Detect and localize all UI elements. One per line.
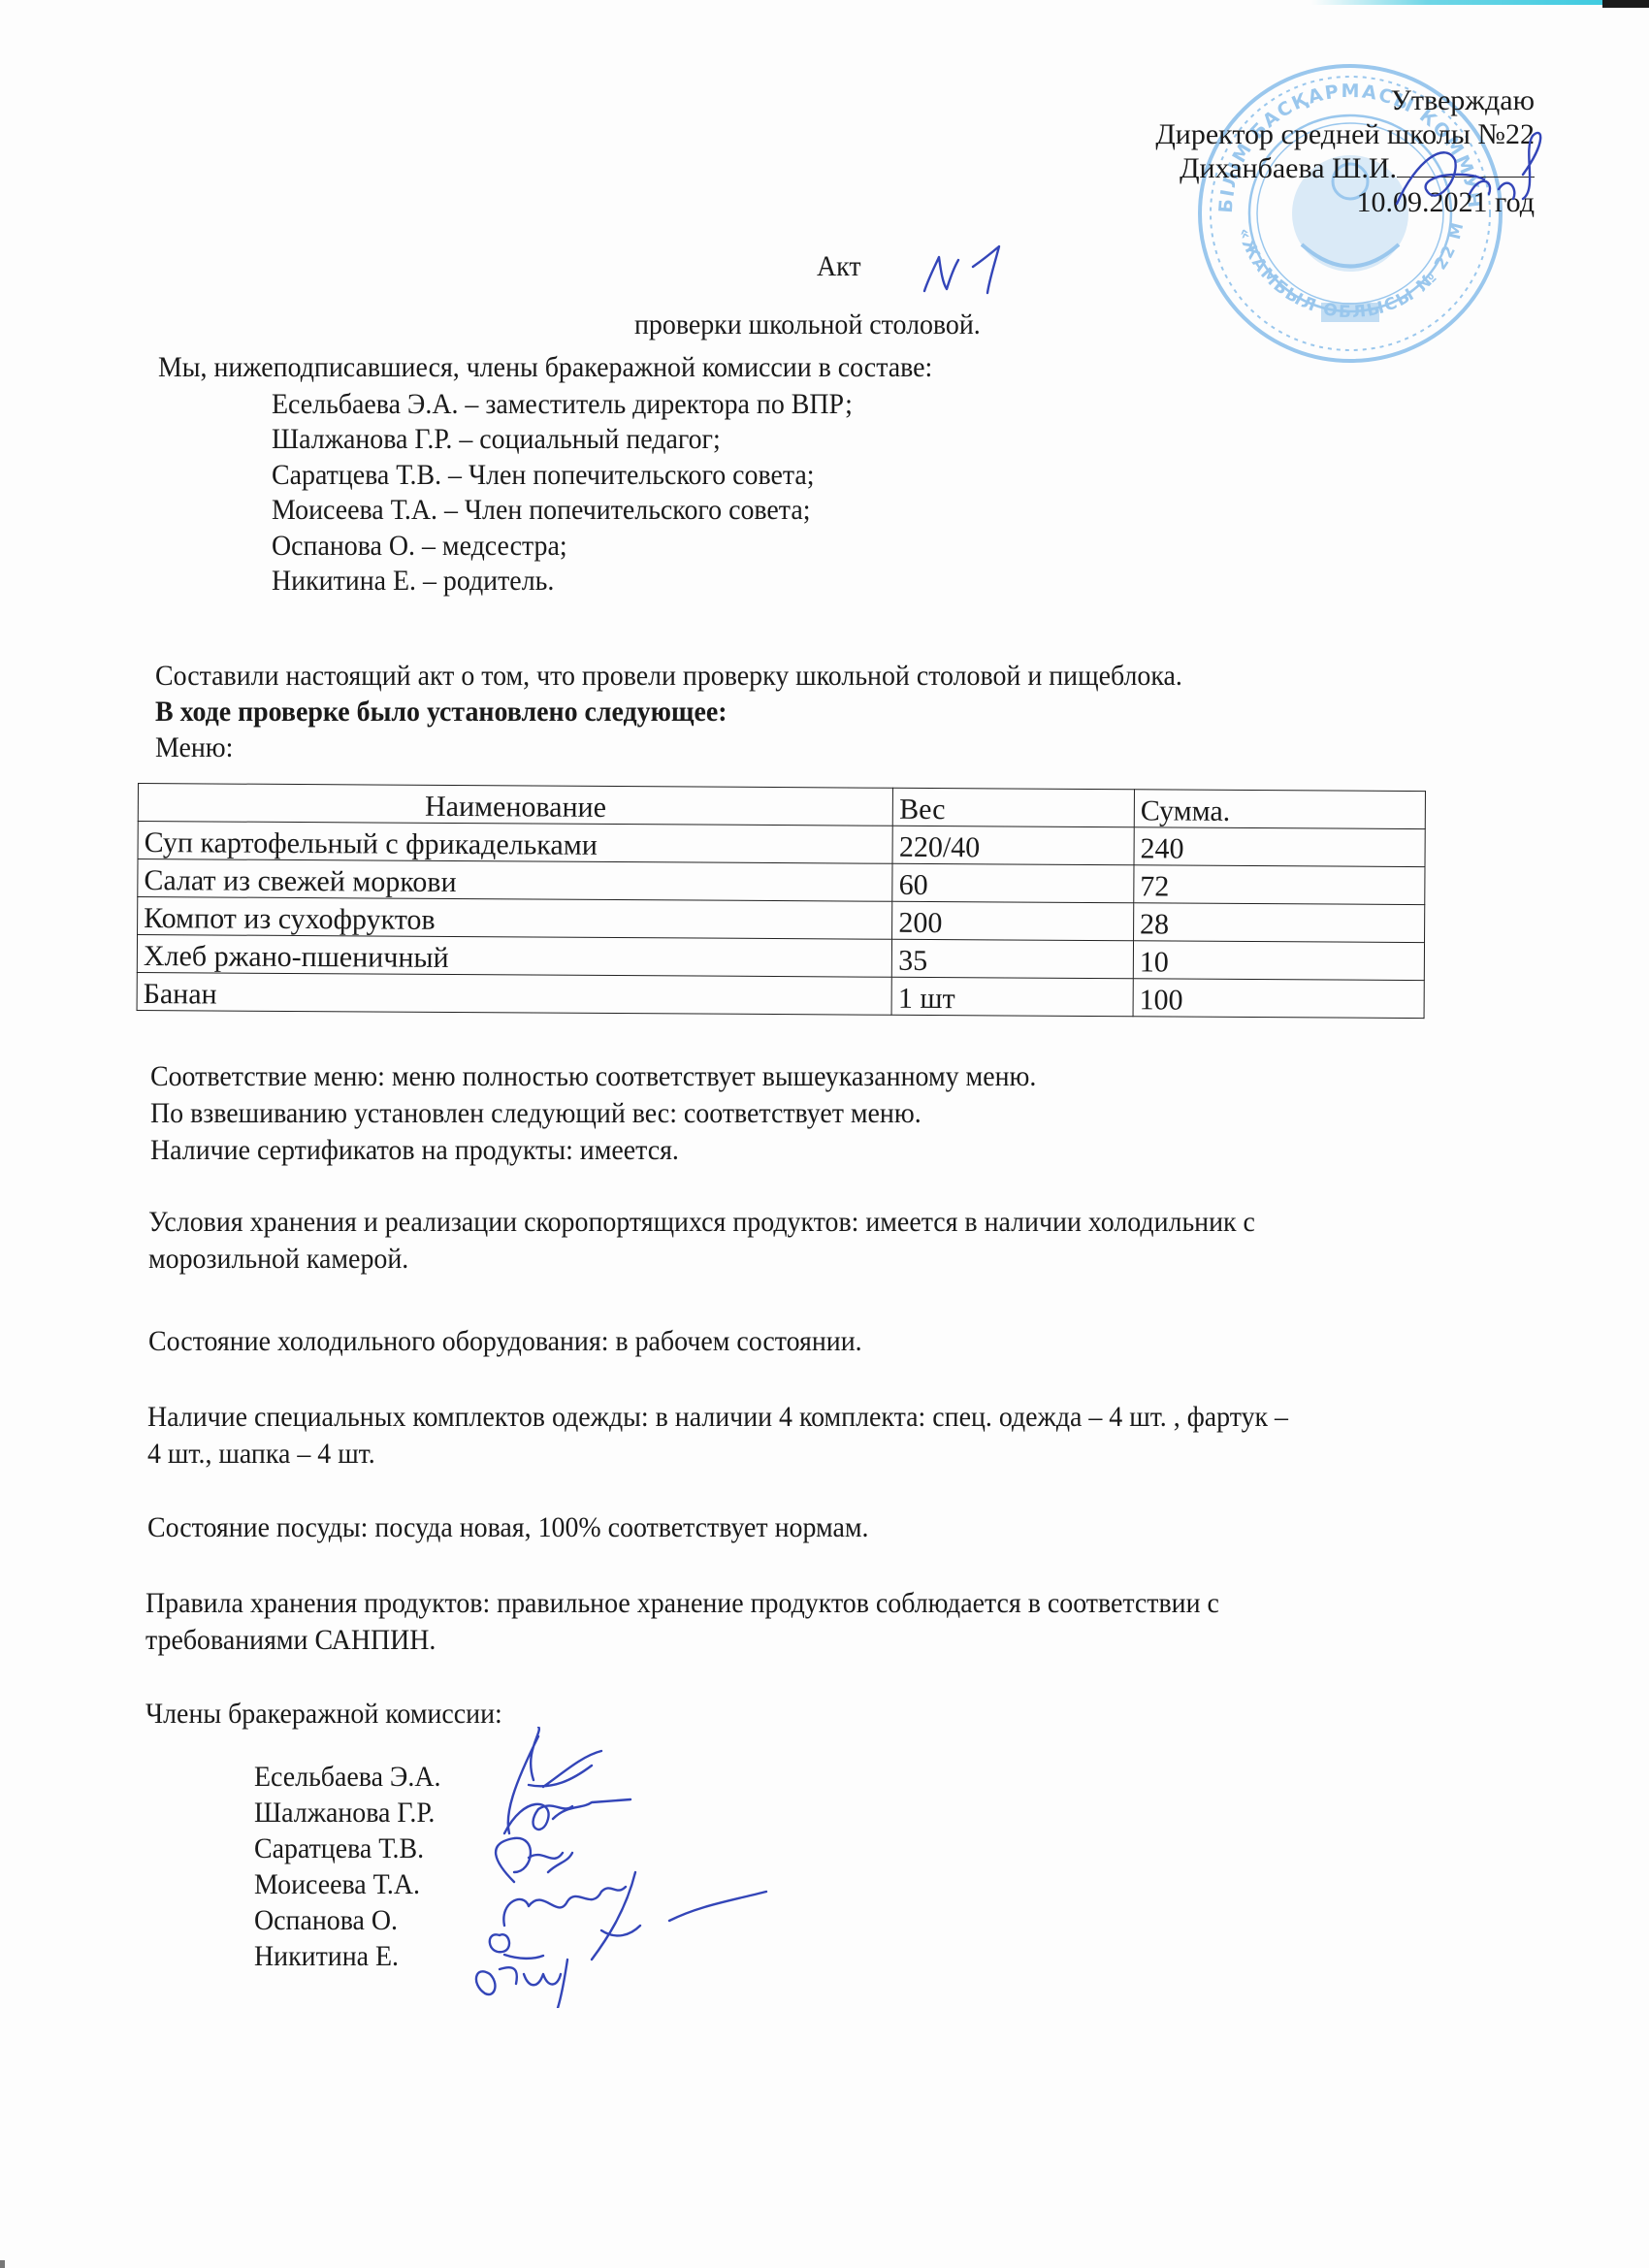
dish-weight: 220/40 bbox=[892, 826, 1134, 865]
finding-dishes: Состояние посуды: посуда новая, 100% соо… bbox=[147, 1511, 868, 1544]
dish-sum: 240 bbox=[1134, 827, 1425, 867]
finding-weighing: По взвешиванию установлен следующий вес:… bbox=[150, 1097, 921, 1130]
finding-certificates: Наличие сертификатов на продукты: имеетс… bbox=[150, 1134, 679, 1167]
column-header-sum: Сумма. bbox=[1134, 790, 1425, 829]
commission-member: Моисеева Т.А. – Член попечительского сов… bbox=[272, 494, 810, 527]
scan-corner-mark bbox=[0, 2260, 5, 2268]
dish-sum: 28 bbox=[1133, 903, 1424, 943]
dish-name: Суп картофельный с фрикадельками bbox=[138, 822, 893, 864]
dish-sum: 10 bbox=[1133, 941, 1424, 981]
dish-sum: 72 bbox=[1134, 865, 1425, 905]
dish-name: Салат из свежей моркови bbox=[138, 859, 893, 902]
approval-title: Утверждаю bbox=[1155, 83, 1535, 117]
commission-member: Саратцева Т.В. – Член попечительского со… bbox=[272, 459, 815, 492]
column-header-name: Наименование bbox=[138, 784, 893, 826]
signatory-name: Оспанова О. bbox=[254, 1904, 398, 1937]
dish-name: Компот из сухофруктов bbox=[138, 897, 893, 940]
finding-menu-match: Соответствие меню: меню полностью соотве… bbox=[150, 1060, 1036, 1093]
scan-color-strip bbox=[1311, 0, 1602, 5]
approval-signer-name: Диханбаева Ш.И. bbox=[1180, 152, 1397, 184]
commission-member: Есельбаева Э.А. – заместитель директора … bbox=[272, 388, 853, 421]
scan-dark-corner bbox=[1602, 0, 1649, 8]
dish-name: Хлеб ржано-пшеничный bbox=[137, 935, 892, 978]
signatory-name: Саратцева Т.В. bbox=[254, 1832, 424, 1865]
signatory-name: Никитина Е. bbox=[254, 1940, 399, 1973]
finding-storage-line1: Условия хранения и реализации скоропортя… bbox=[148, 1206, 1255, 1239]
table-row: Банан 1 шт 100 bbox=[137, 972, 1424, 1018]
handwritten-number-icon bbox=[920, 243, 1017, 301]
act-subtitle: проверки школьной столовой. bbox=[634, 308, 981, 341]
commission-member: Шалжанова Г.Р. – социальный педагог; bbox=[272, 423, 721, 456]
menu-label: Меню: bbox=[155, 731, 233, 764]
director-signature-icon bbox=[1377, 121, 1552, 218]
finding-fridge: Состояние холодильного оборудования: в р… bbox=[148, 1325, 862, 1358]
dish-sum: 100 bbox=[1133, 979, 1424, 1019]
finding-storage-line2: морозильной камерой. bbox=[148, 1243, 408, 1276]
dish-weight: 35 bbox=[892, 939, 1134, 979]
commission-member: Никитина Е. – родитель. bbox=[272, 565, 554, 598]
finding-clothing-line1: Наличие специальных комплектов одежды: в… bbox=[147, 1401, 1288, 1434]
signatures-heading: Члены бракеражной комиссии: bbox=[145, 1698, 502, 1731]
statement-text: Составили настоящий акт о том, что прове… bbox=[155, 660, 1182, 693]
column-header-weight: Вес bbox=[893, 788, 1135, 827]
dish-weight: 60 bbox=[892, 863, 1134, 903]
finding-rules-line1: Правила хранения продуктов: правильное х… bbox=[145, 1587, 1219, 1620]
finding-rules-line2: требованиями САНПИН. bbox=[145, 1624, 436, 1657]
commission-signatures-icon bbox=[446, 1727, 854, 2008]
signatory-name: Есельбаева Э.А. bbox=[254, 1761, 440, 1794]
dish-name: Банан bbox=[137, 972, 892, 1015]
findings-heading: В ходе проверке было установлено следующ… bbox=[155, 696, 727, 729]
signatory-name: Моисеева Т.А. bbox=[254, 1868, 420, 1901]
dish-weight: 200 bbox=[892, 901, 1134, 941]
menu-table: Наименование Вес Сумма. Суп картофельный… bbox=[137, 783, 1426, 1019]
finding-clothing-line2: 4 шт., шапка – 4 шт. bbox=[147, 1438, 375, 1471]
intro-text: Мы, нижеподписавшиеся, члены бракеражной… bbox=[158, 351, 932, 384]
commission-member: Оспанова О. – медсестра; bbox=[272, 530, 567, 563]
dish-weight: 1 шт bbox=[891, 977, 1133, 1017]
signatory-name: Шалжанова Г.Р. bbox=[254, 1797, 435, 1830]
act-title: Акт bbox=[817, 250, 861, 283]
